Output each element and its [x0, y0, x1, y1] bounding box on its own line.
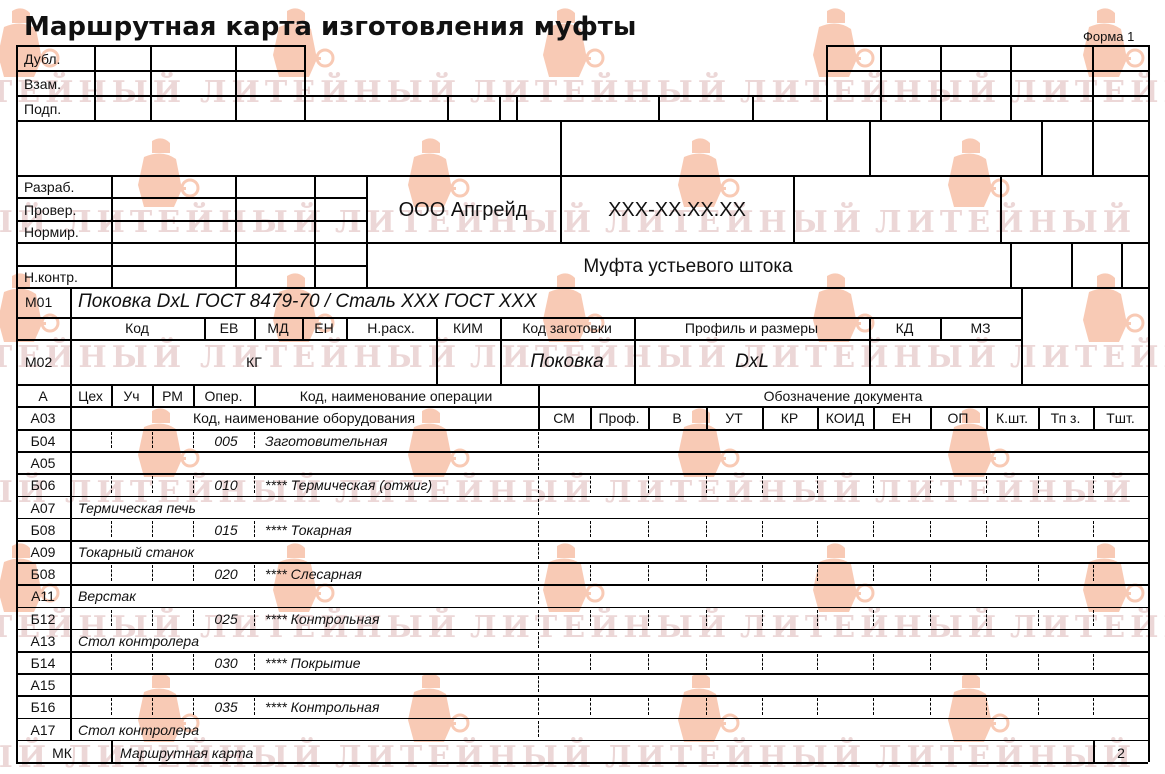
grid-line [658, 95, 660, 120]
param-header: В [672, 411, 681, 425]
grid-line [16, 95, 1148, 97]
row-code: Б14 [31, 656, 56, 670]
grid-line [16, 120, 18, 287]
dashed-divider [193, 565, 194, 581]
dashed-divider [254, 698, 255, 714]
grid-line [16, 740, 1148, 742]
dashed-divider [817, 565, 818, 581]
grid-line [793, 175, 795, 242]
dashed-divider [706, 565, 707, 581]
dashed-divider [111, 654, 112, 670]
grid-line [111, 384, 113, 406]
dashed-divider [648, 698, 649, 714]
dashed-divider [817, 654, 818, 670]
watermark-text: ЛИТЕЙНЫЙ [875, 205, 1136, 240]
row-code: А07 [31, 501, 56, 515]
column-document: Обозначение документа [764, 389, 923, 403]
dashed-divider [111, 610, 112, 626]
dashed-divider [648, 476, 649, 492]
dashed-divider [706, 654, 707, 670]
grid-line [499, 95, 501, 120]
dashed-divider [111, 698, 112, 714]
grid-line [16, 429, 1148, 431]
grid-line [634, 339, 636, 384]
dashed-divider [254, 565, 255, 581]
grid-line [16, 695, 1148, 697]
param-header: КОИД [826, 411, 864, 425]
grid-line [1021, 287, 1023, 384]
foundry-worker-icon [670, 670, 740, 750]
dashed-divider [986, 476, 987, 492]
watermark-text: ЛИТЕЙНЫЙ [875, 740, 1136, 774]
dashed-divider [152, 476, 153, 492]
dashed-divider [538, 654, 539, 670]
dashed-divider [1093, 521, 1094, 537]
grid-line [16, 473, 1148, 475]
dashed-divider [873, 565, 874, 581]
dashed-divider [538, 565, 539, 581]
dashed-divider [648, 565, 649, 581]
grid-line [16, 518, 1148, 520]
row-code: Б16 [31, 700, 56, 714]
equipment-name: Стол контролера [78, 634, 199, 648]
column-operation-number: Опер. [205, 389, 243, 403]
dashed-divider [152, 565, 153, 581]
dashed-divider [762, 565, 763, 581]
dashed-divider [590, 476, 591, 492]
dashed-divider [930, 565, 931, 581]
grid-line [314, 175, 316, 287]
grid-line [16, 287, 18, 384]
dashed-divider [930, 610, 931, 626]
watermark-text: ЛИТЕЙНЫЙ [200, 340, 461, 375]
dashed-divider [152, 698, 153, 714]
grid-line [1121, 242, 1123, 287]
grid-line [873, 406, 875, 429]
foundry-worker-icon [940, 670, 1010, 750]
grid-line [1071, 242, 1073, 287]
dashed-divider [930, 521, 931, 537]
dashed-divider [1093, 565, 1094, 581]
dashed-divider [986, 521, 987, 537]
param-header: Тшт. [1106, 411, 1135, 425]
grid-line [1092, 45, 1094, 120]
grid-line [869, 339, 871, 384]
m01-code: М01 [25, 295, 52, 309]
grid-line [560, 120, 562, 242]
dashed-divider [538, 543, 539, 559]
dashed-divider [873, 698, 874, 714]
grid-line [880, 45, 882, 120]
dashed-divider [648, 610, 649, 626]
grid-line [16, 451, 1148, 453]
grid-line [111, 740, 113, 762]
dashed-divider [1038, 698, 1039, 714]
operation-name: **** Контрольная [265, 700, 379, 714]
grid-line [516, 95, 518, 120]
dashed-divider [1038, 610, 1039, 626]
dashed-divider [538, 610, 539, 626]
watermark-text: ЛИТЕЙНЫЙ [740, 610, 1001, 645]
row-code: Б08 [31, 523, 56, 537]
dashed-divider [817, 610, 818, 626]
dashed-divider [538, 499, 539, 515]
dashed-divider [1093, 610, 1094, 626]
grid-line [204, 317, 206, 339]
watermark-text: ЛИТЕЙНЫЙ [470, 75, 731, 110]
dashed-divider [930, 654, 931, 670]
dashed-divider [648, 654, 649, 670]
operation-name: Заготовительная [265, 434, 388, 448]
grid-line [16, 406, 1148, 408]
row-code: А03 [31, 411, 56, 425]
dashed-divider [152, 610, 153, 626]
dashed-divider [590, 698, 591, 714]
dashed-divider [1038, 654, 1039, 670]
grid-line [16, 70, 304, 72]
m02-code: М02 [25, 355, 52, 369]
grid-line [16, 562, 1148, 564]
grid-line [869, 317, 871, 339]
grid-line [254, 384, 256, 406]
signature-label: Н.контр. [24, 270, 78, 284]
param-header: Проф. [598, 411, 639, 425]
signature-label: Провер. [24, 203, 76, 217]
operation-number: 030 [214, 656, 237, 670]
dashed-divider [538, 698, 539, 714]
dashed-divider [152, 432, 153, 448]
param-header: ОП [948, 411, 969, 425]
dashed-divider [111, 565, 112, 581]
grid-line [500, 339, 502, 384]
form-label: Форма 1 [1083, 30, 1134, 43]
foundry-worker-icon [535, 270, 605, 350]
grid-line [869, 120, 871, 175]
grid-line [817, 406, 819, 429]
dashed-divider [193, 654, 194, 670]
grid-line [1010, 45, 1012, 120]
grid-line [590, 406, 592, 429]
dashed-divider [538, 476, 539, 492]
foundry-worker-icon [400, 670, 470, 750]
dashed-divider [1093, 476, 1094, 492]
dashed-divider [193, 432, 194, 448]
equipment-name: Верстак [78, 589, 136, 603]
grid-line [16, 496, 1148, 498]
blank-code-value: Поковка [530, 352, 603, 371]
dashed-divider [1093, 654, 1094, 670]
equipment-name: Стол контролера [78, 723, 199, 737]
grid-line [16, 45, 18, 120]
dashed-divider [111, 432, 112, 448]
grid-line [16, 540, 1148, 542]
dashed-divider [986, 698, 987, 714]
document-number: XXX-XX.XX.XX [608, 200, 746, 220]
grid-line [826, 45, 828, 120]
equipment-name: Термическая печь [78, 501, 196, 515]
column-section: Уч [123, 389, 139, 403]
grid-line [366, 242, 1148, 244]
dashed-divider [873, 476, 874, 492]
grid-line [930, 406, 932, 429]
material-header: Код [125, 321, 149, 335]
profile-value: DxL [735, 352, 769, 371]
page-number: 2 [1117, 746, 1125, 760]
dashed-divider [193, 698, 194, 714]
grid-line [235, 45, 237, 120]
dashed-divider [538, 521, 539, 537]
dashed-divider [930, 698, 931, 714]
watermark-text: ЛИТЕЙНЫЙ [605, 740, 866, 774]
grid-line [447, 95, 449, 120]
grid-line [16, 120, 1148, 122]
m01-material-value: Поковка DxL ГОСТ 8479-70 / Сталь XXX ГОС… [78, 292, 537, 311]
watermark-text: ЛИТЕЙНЫЙ [200, 75, 461, 110]
param-header: КР [781, 411, 799, 425]
grid-line [1092, 120, 1094, 175]
param-header: УТ [725, 411, 742, 425]
grid-line [150, 45, 152, 120]
row-code: Б06 [31, 478, 56, 492]
dashed-divider [152, 654, 153, 670]
grid-line [1093, 740, 1095, 762]
watermark-text: ЛИТЕЙНЫЙ [1010, 610, 1165, 645]
dashed-divider [762, 698, 763, 714]
dashed-divider [111, 476, 112, 492]
grid-line [826, 45, 1148, 47]
watermark-text: ЛИТЕЙНЫЙ [740, 75, 1001, 110]
grid-line [111, 175, 113, 287]
dashed-divider [1038, 476, 1039, 492]
grid-line [193, 384, 195, 406]
grid-line [1041, 120, 1043, 175]
grid-line [752, 95, 754, 120]
dashed-divider [193, 521, 194, 537]
foundry-worker-icon [805, 270, 875, 350]
grid-line [16, 175, 1148, 177]
dashed-divider [930, 476, 931, 492]
dashed-divider [538, 454, 539, 470]
grid-line [1148, 287, 1150, 384]
grid-line [648, 406, 650, 429]
dashed-divider [152, 521, 153, 537]
grid-line [1010, 242, 1012, 287]
dashed-divider [193, 610, 194, 626]
dashed-divider [817, 476, 818, 492]
watermark-text: ЛИТЕЙНЫЙ [1010, 75, 1165, 110]
dashed-divider [873, 654, 874, 670]
stamp-label: Дубл. [24, 52, 60, 66]
grid-line [16, 45, 304, 47]
watermark-text: ЛИТЕЙНЫЙ [0, 740, 51, 774]
grid-line [986, 406, 988, 429]
row-code: Б12 [31, 612, 56, 626]
operation-number: 035 [214, 700, 237, 714]
grid-line [16, 762, 1148, 764]
dashed-divider [648, 521, 649, 537]
grid-line [16, 584, 1148, 586]
dashed-divider [762, 654, 763, 670]
operation-name: **** Контрольная [265, 612, 379, 626]
watermark-text: ЛИТЕЙНЫЙ [605, 475, 866, 510]
watermark-text: ЛИТЕЙНЫЙ [65, 205, 326, 240]
dashed-divider [538, 587, 539, 603]
grid-line [304, 45, 306, 120]
dashed-divider [706, 610, 707, 626]
grid-line [826, 70, 1148, 72]
grid-line [16, 384, 18, 762]
row-code: А17 [31, 723, 56, 737]
signature-label: Нормир. [24, 225, 79, 239]
dashed-divider [706, 521, 707, 537]
param-header: ЕН [892, 411, 911, 425]
watermark-text: ЛИТЕЙНЫЙ [875, 475, 1136, 510]
equipment-name: Токарный станок [78, 545, 194, 559]
row-code: А11 [31, 589, 55, 603]
row-code: А15 [31, 678, 56, 692]
grid-line [436, 317, 438, 339]
dashed-divider [590, 610, 591, 626]
grid-line [16, 651, 1148, 653]
grid-line [16, 287, 1148, 289]
foundry-worker-icon [130, 670, 200, 750]
grid-line [1000, 175, 1002, 242]
operation-name: **** Слесарная [265, 567, 362, 581]
grid-line [634, 317, 636, 339]
operation-name: **** Токарная [265, 523, 352, 537]
grid-line [152, 384, 154, 406]
material-header: Профиль и размеры [685, 321, 818, 335]
dashed-divider [762, 476, 763, 492]
dashed-divider [1038, 565, 1039, 581]
operation-name: **** Покрытие [265, 656, 361, 670]
material-header: МЗ [970, 321, 990, 335]
dashed-divider [873, 610, 874, 626]
grid-line [538, 384, 540, 429]
dashed-divider [590, 565, 591, 581]
grid-line [1148, 45, 1150, 120]
grid-line [762, 406, 764, 429]
dashed-divider [986, 610, 987, 626]
row-code: А09 [31, 545, 56, 559]
signature-label: Разраб. [24, 180, 74, 194]
footer-code: МК [52, 746, 72, 760]
material-header: КИМ [453, 321, 483, 335]
grid-line [94, 45, 96, 120]
column-a: А [38, 389, 47, 403]
grid-line [16, 629, 1148, 631]
column-equipment: Код, наименование оборудования [193, 411, 415, 425]
column-operation-name: Код, наименование операции [300, 389, 493, 403]
dashed-divider [1093, 698, 1094, 714]
grid-line [1093, 406, 1095, 429]
grid-line [1148, 384, 1150, 762]
grid-line [940, 45, 942, 120]
grid-line [70, 287, 72, 384]
grid-line [436, 339, 438, 384]
dashed-divider [538, 632, 539, 648]
grid-line [302, 317, 304, 339]
operation-name: **** Термическая (отжиг) [265, 478, 432, 492]
operation-number: 025 [214, 612, 237, 626]
dashed-divider [706, 476, 707, 492]
grid-line [235, 175, 237, 287]
stamp-label: Подп. [24, 102, 61, 116]
grid-line [254, 317, 256, 339]
operation-number: 015 [214, 523, 237, 537]
dashed-divider [254, 476, 255, 492]
dashed-divider [1038, 521, 1039, 537]
dashed-divider [538, 432, 539, 448]
dashed-divider [590, 521, 591, 537]
dashed-divider [986, 565, 987, 581]
dashed-divider [254, 521, 255, 537]
grid-line [366, 175, 368, 287]
dashed-divider [817, 521, 818, 537]
grid-line [940, 317, 942, 339]
row-code: А13 [31, 634, 56, 648]
stamp-label: Взам. [24, 77, 61, 91]
material-header: Н.расх. [367, 321, 414, 335]
dashed-divider [590, 654, 591, 670]
param-header: К.шт. [996, 411, 1028, 425]
dashed-divider [817, 698, 818, 714]
row-code: А05 [31, 456, 56, 470]
dashed-divider [762, 610, 763, 626]
grid-line [706, 406, 708, 429]
material-header: Код заготовки [522, 321, 612, 335]
dashed-divider [254, 432, 255, 448]
page-title: Маршрутная карта изготовления муфты [24, 12, 636, 42]
grid-line [1148, 120, 1150, 287]
param-header: Тп з. [1051, 411, 1081, 425]
column-workplace: РМ [162, 389, 183, 403]
grid-line [346, 317, 348, 339]
dashed-divider [254, 654, 255, 670]
watermark-text: ЛИТЕЙНЫЙ [740, 340, 1001, 375]
foundry-worker-icon [1075, 270, 1145, 350]
footer-document-name: Маршрутная карта [120, 746, 253, 760]
column-shop: Цех [78, 389, 103, 403]
material-header: КД [896, 321, 914, 335]
grid-line [16, 718, 1148, 720]
dashed-divider [538, 676, 539, 692]
grid-line [16, 384, 1148, 386]
row-code: Б04 [31, 434, 56, 448]
dashed-divider [254, 610, 255, 626]
dashed-divider [762, 521, 763, 537]
organization-name: ООО Апгрейд [399, 200, 528, 220]
dashed-divider [538, 721, 539, 737]
material-header: ЕН [314, 321, 333, 335]
grid-line [16, 673, 1148, 675]
product-name: Муфта устьевого штока [583, 257, 792, 276]
dashed-divider [873, 521, 874, 537]
material-header: ЕВ [220, 321, 239, 335]
dashed-divider [706, 698, 707, 714]
operation-number: 005 [214, 434, 237, 448]
dashed-divider [986, 654, 987, 670]
watermark-text: ЛИТЕЙНЫЙ [1010, 340, 1165, 375]
operation-number: 010 [214, 478, 237, 492]
grid-line [500, 317, 502, 339]
watermark-text: ЛИТЕЙНЫЙ [470, 610, 731, 645]
unit-value: КГ [246, 355, 262, 369]
dashed-divider [193, 476, 194, 492]
dashed-divider [111, 521, 112, 537]
grid-line [16, 607, 1148, 609]
material-header: МД [267, 321, 288, 335]
